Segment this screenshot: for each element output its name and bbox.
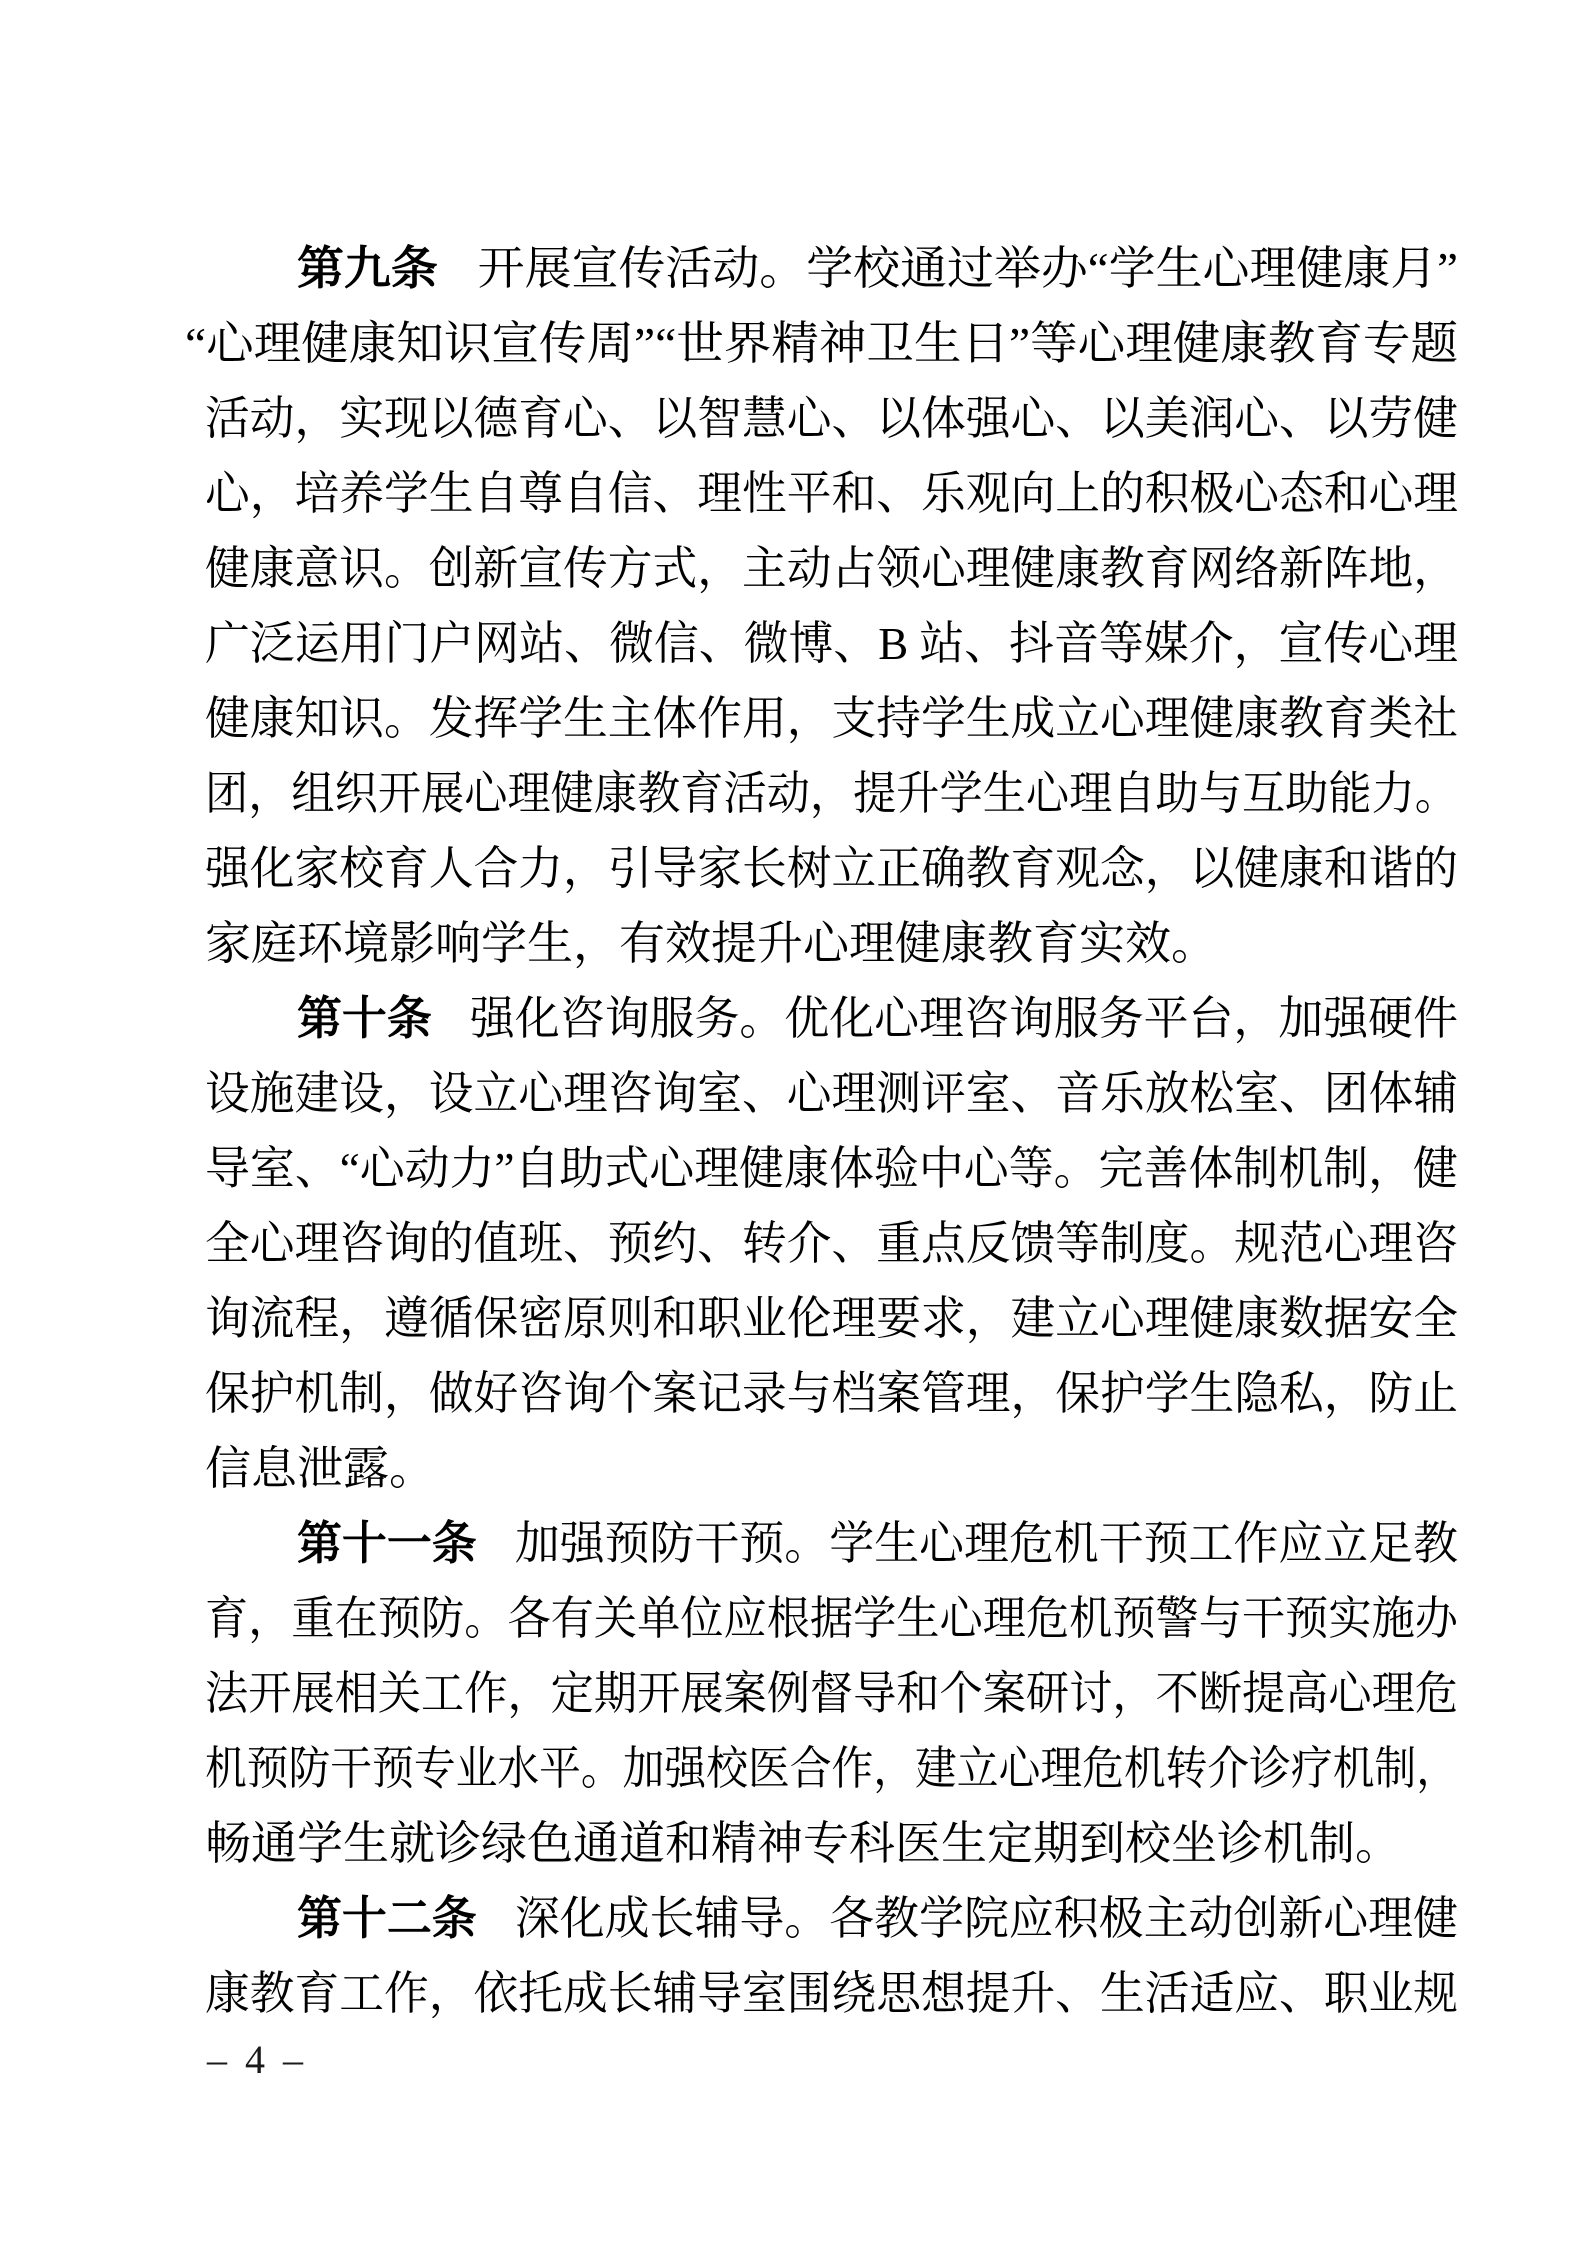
text-run: 法开展相关工作，定期开展案例督导和个案研讨，不断提高心理危 bbox=[205, 1668, 1458, 1719]
text-line: 机预防干预专业水平。加强校医合作，建立心理危机转介诊疗机制， bbox=[205, 1731, 1458, 1806]
text-run: 团，组织开展心理健康教育活动，提升学生心理自助与互助能力。 bbox=[205, 768, 1458, 819]
text-run: 心，培养学生自尊自信、理性平和、乐观向上的积极心态和心理 bbox=[205, 468, 1458, 519]
document-page: 第九条开展宣传活动。学校通过举办“学生心理健康月”“心理健康知识宣传周”“世界精… bbox=[0, 0, 1588, 2245]
text-line: 保护机制，做好咨询个案记录与档案管理，保护学生隐私，防止 bbox=[205, 1356, 1458, 1431]
text-line: 第十一条加强预防干预。学生心理危机干预工作应立足教 bbox=[205, 1506, 1458, 1581]
text-line: 信息泄露。 bbox=[205, 1431, 1458, 1506]
text-line: 导室、“心动力”自助式心理健康体验中心等。完善体制机制，健 bbox=[205, 1131, 1458, 1206]
article-heading: 第九条 bbox=[297, 242, 438, 294]
article-heading: 第十一条 bbox=[297, 1517, 477, 1569]
text-run: 机预防干预专业水平。加强校医合作，建立心理危机转介诊疗机制， bbox=[205, 1743, 1458, 1794]
text-line: 询流程，遵循保密原则和职业伦理要求，建立心理健康数据安全 bbox=[205, 1281, 1458, 1356]
article-heading: 第十二条 bbox=[297, 1892, 477, 1944]
text-run: “心理健康知识宣传周”“世界精神卫生日”等心理健康教育专题 bbox=[185, 318, 1458, 369]
text-line: 设施建设，设立心理咨询室、心理测评室、音乐放松室、团体辅 bbox=[205, 1056, 1458, 1131]
text-line: “心理健康知识宣传周”“世界精神卫生日”等心理健康教育专题 bbox=[205, 306, 1458, 381]
text-line: 全心理咨询的值班、预约、转介、重点反馈等制度。规范心理咨 bbox=[205, 1206, 1458, 1281]
text-run: 畅通学生就诊绿色通道和精神专科医生定期到校坐诊机制。 bbox=[205, 1818, 1401, 1869]
text-line: 强化家校育人合力，引导家长树立正确教育观念，以健康和谐的 bbox=[205, 831, 1458, 906]
text-run: 询流程，遵循保密原则和职业伦理要求，建立心理健康数据安全 bbox=[205, 1293, 1458, 1344]
text-line: 广泛运用门户网站、微信、微博、B 站、抖音等媒介，宣传心理 bbox=[205, 606, 1458, 681]
text-line: 第十条强化咨询服务。优化心理咨询服务平台，加强硬件 bbox=[205, 981, 1458, 1056]
text-run: 设施建设，设立心理咨询室、心理测评室、音乐放松室、团体辅 bbox=[205, 1068, 1458, 1119]
text-run: 深化成长辅导。各教学院应积极主动创新心理健 bbox=[515, 1893, 1458, 1944]
text-run: 强化家校育人合力，引导家长树立正确教育观念，以健康和谐的 bbox=[205, 843, 1458, 894]
text-run: 全心理咨询的值班、预约、转介、重点反馈等制度。规范心理咨 bbox=[205, 1218, 1458, 1269]
text-run: 活动，实现以德育心、以智慧心、以体强心、以美润心、以劳健 bbox=[205, 393, 1458, 444]
text-line: 健康意识。创新宣传方式，主动占领心理健康教育网络新阵地， bbox=[205, 531, 1458, 606]
text-line: 家庭环境影响学生，有效提升心理健康教育实效。 bbox=[205, 906, 1458, 981]
text-run: 强化咨询服务。优化心理咨询服务平台，加强硬件 bbox=[470, 993, 1458, 1044]
text-line: 健康知识。发挥学生主体作用，支持学生成立心理健康教育类社 bbox=[205, 681, 1458, 756]
text-line: 育，重在预防。各有关单位应根据学生心理危机预警与干预实施办 bbox=[205, 1581, 1458, 1656]
document-body: 第九条开展宣传活动。学校通过举办“学生心理健康月”“心理健康知识宣传周”“世界精… bbox=[205, 231, 1458, 2031]
text-line: 活动，实现以德育心、以智慧心、以体强心、以美润心、以劳健 bbox=[205, 381, 1458, 456]
text-line: 心，培养学生自尊自信、理性平和、乐观向上的积极心态和心理 bbox=[205, 456, 1458, 531]
text-line: 第九条开展宣传活动。学校通过举办“学生心理健康月” bbox=[205, 231, 1458, 306]
text-line: 法开展相关工作，定期开展案例督导和个案研讨，不断提高心理危 bbox=[205, 1656, 1458, 1731]
text-run: 育，重在预防。各有关单位应根据学生心理危机预警与干预实施办 bbox=[205, 1593, 1458, 1644]
text-line: 康教育工作，依托成长辅导室围绕思想提升、生活适应、职业规 bbox=[205, 1956, 1458, 2031]
text-run: 信息泄露。 bbox=[205, 1443, 435, 1494]
text-run: 导室、“心动力”自助式心理健康体验中心等。完善体制机制，健 bbox=[205, 1143, 1458, 1194]
text-line: 畅通学生就诊绿色通道和精神专科医生定期到校坐诊机制。 bbox=[205, 1806, 1458, 1881]
text-run: 健康知识。发挥学生主体作用，支持学生成立心理健康教育类社 bbox=[205, 693, 1458, 744]
article-heading: 第十条 bbox=[297, 992, 432, 1044]
text-run: 加强预防干预。学生心理危机干预工作应立足教 bbox=[515, 1518, 1458, 1569]
text-run: 康教育工作，依托成长辅导室围绕思想提升、生活适应、职业规 bbox=[205, 1968, 1458, 2019]
text-run: 家庭环境影响学生，有效提升心理健康教育实效。 bbox=[205, 918, 1217, 969]
text-run: 广泛运用门户网站、微信、微博、B 站、抖音等媒介，宣传心理 bbox=[205, 618, 1458, 669]
text-line: 团，组织开展心理健康教育活动，提升学生心理自助与互助能力。 bbox=[205, 756, 1458, 831]
text-run: 保护机制，做好咨询个案记录与档案管理，保护学生隐私，防止 bbox=[205, 1368, 1458, 1419]
page-number: – 4 – bbox=[207, 2036, 307, 2084]
text-run: 开展宣传活动。学校通过举办“学生心理健康月” bbox=[478, 243, 1458, 294]
text-line: 第十二条深化成长辅导。各教学院应积极主动创新心理健 bbox=[205, 1881, 1458, 1956]
text-run: 健康意识。创新宣传方式，主动占领心理健康教育网络新阵地， bbox=[205, 543, 1458, 594]
